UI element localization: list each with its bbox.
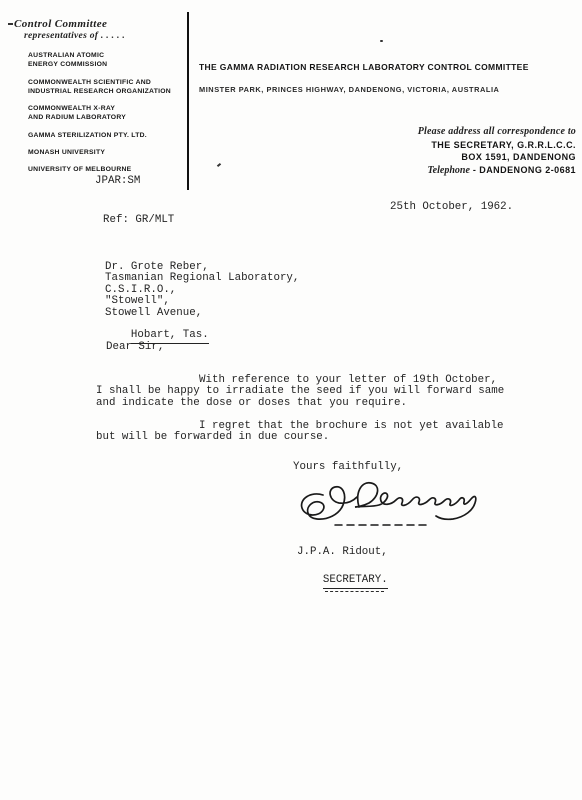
typist-initials: JPAR:SM — [95, 176, 140, 187]
organization-entry: UNIVERSITY OF MELBOURNE — [28, 165, 186, 174]
organization-entry: COMMONWEALTH SCIENTIFIC ANDINDUSTRIAL RE… — [28, 78, 186, 97]
signatory-name: J.P.A. Ridout, — [297, 547, 388, 558]
organization-entry: GAMMA STERILIZATION PTY. LTD. — [28, 131, 186, 140]
signatory-title: SECRETARY. — [297, 564, 388, 601]
letterhead-sidebar: Control Committee representatives of . .… — [14, 18, 186, 183]
recipient-address-line: "Stowell", — [105, 296, 299, 307]
letterhead-title: THE GAMMA RADIATION RESEARCH LABORATORY … — [199, 62, 574, 72]
correspondence-box-line: BOX 1591, DANDENONG — [300, 151, 576, 163]
body-paragraph-1: With reference to your letter of 19th Oc… — [96, 375, 536, 409]
correspondence-note: Please address all correspondence to — [300, 126, 576, 139]
telephone-separator: - — [470, 165, 479, 175]
salutation: Dear Sir, — [106, 342, 164, 353]
scan-speck — [8, 23, 13, 25]
sidebar-intro-line2: representatives of . . . . . — [24, 31, 186, 41]
letter-date: 25th October, 1962. — [390, 202, 513, 213]
recipient-address-line: Stowell Avenue, — [105, 308, 299, 319]
body-line: and indicate the dose or doses that you … — [96, 398, 536, 409]
body-paragraph-2: I regret that the brochure is not yet av… — [96, 421, 536, 444]
sidebar-intro-line1: Control Committee — [14, 18, 186, 30]
telephone-label: Telephone — [427, 165, 469, 176]
correspondence-block: Please address all correspondence to THE… — [300, 126, 576, 178]
organization-entry-line: UNIVERSITY OF MELBOURNE — [28, 165, 186, 174]
scan-speck — [217, 163, 221, 167]
organization-entry: MONASH UNIVERSITY — [28, 148, 186, 157]
organization-entry-line: AND RADIUM LABORATORY — [28, 113, 186, 122]
telephone-number: DANDENONG 2-0681 — [479, 165, 576, 175]
body-line: but will be forwarded in due course. — [96, 432, 536, 443]
organization-entry: AUSTRALIAN ATOMICENERGY COMMISSION — [28, 51, 186, 70]
signature-handwriting — [293, 477, 488, 535]
scan-speck — [380, 40, 383, 42]
closing-phrase: Yours faithfully, — [293, 462, 403, 473]
organization-entry-line: AUSTRALIAN ATOMIC — [28, 51, 186, 60]
correspondence-secretary-line: THE SECRETARY, G.R.R.L.C.C. — [300, 139, 576, 151]
correspondence-telephone-line: Telephone - DANDENONG 2-0681 — [300, 163, 576, 178]
organization-entry: COMMONWEALTH X-RAYAND RADIUM LABORATORY — [28, 104, 186, 123]
organization-entry-line: INDUSTRIAL RESEARCH ORGANIZATION — [28, 87, 186, 96]
organization-list: AUSTRALIAN ATOMICENERGY COMMISSIONCOMMON… — [28, 51, 186, 175]
letterhead-divider-rule — [187, 12, 189, 190]
organization-entry-line: GAMMA STERILIZATION PTY. LTD. — [28, 131, 186, 140]
organization-entry-line: COMMONWEALTH X-RAY — [28, 104, 186, 113]
organization-entry-line: ENERGY COMMISSION — [28, 60, 186, 69]
organization-entry-line: COMMONWEALTH SCIENTIFIC AND — [28, 78, 186, 87]
letter-reference: Ref: GR/MLT — [103, 215, 174, 226]
letterhead-address: MINSTER PARK, PRINCES HIGHWAY, DANDENONG… — [199, 85, 574, 94]
scanned-letter-page: Control Committee representatives of . .… — [0, 0, 582, 800]
organization-entry-line: MONASH UNIVERSITY — [28, 148, 186, 157]
signatory-title-text: SECRETARY. — [323, 575, 388, 589]
recipient-address: Dr. Grote Reber,Tasmanian Regional Labor… — [105, 262, 299, 319]
